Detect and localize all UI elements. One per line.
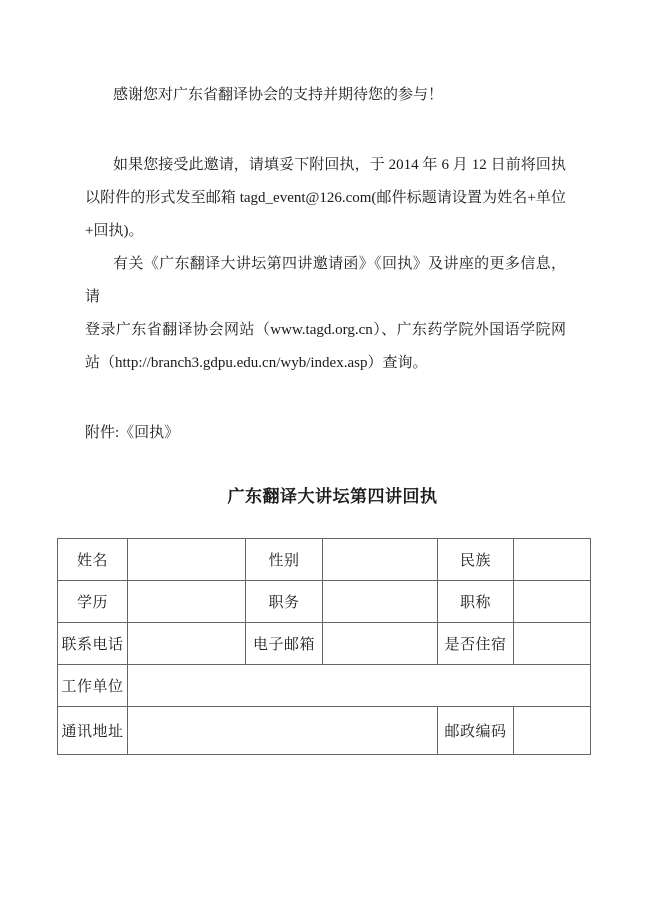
field-label-professional-title: 职称	[438, 581, 514, 623]
table-row-5: 通讯地址 邮政编码	[58, 707, 591, 755]
info-line-3: 站（http://branch3.gdpu.edu.cn/wyb/index.a…	[85, 347, 566, 380]
field-value-email[interactable]	[323, 623, 438, 665]
body-text-block: 感谢您对广东省翻译协会的支持并期待您的参与！ 如果您接受此邀请，请填妥下附回执，…	[57, 79, 590, 450]
paragraph-thanks: 感谢您对广东省翻译协会的支持并期待您的参与！	[85, 79, 566, 112]
field-value-position[interactable]	[323, 581, 438, 623]
field-value-phone[interactable]	[128, 623, 246, 665]
field-label-email: 电子邮箱	[246, 623, 323, 665]
field-label-work-unit: 工作单位	[58, 665, 128, 707]
field-value-gender[interactable]	[323, 539, 438, 581]
field-label-phone: 联系电话	[58, 623, 128, 665]
field-label-education: 学历	[58, 581, 128, 623]
table-row-3: 联系电话 电子邮箱 是否住宿	[58, 623, 591, 665]
info-line-1: 有关《广东翻译大讲坛第四讲邀请函》《回执》及讲座的更多信息，请	[85, 248, 566, 314]
field-value-lodging[interactable]	[514, 623, 591, 665]
field-value-name[interactable]	[128, 539, 246, 581]
field-value-postal-code[interactable]	[514, 707, 591, 755]
table-row-2: 学历 职务 职称	[58, 581, 591, 623]
field-label-lodging: 是否住宿	[438, 623, 514, 665]
field-value-ethnicity[interactable]	[514, 539, 591, 581]
reply-line-2: 以附件的形式发至邮箱 tagd_event@126.com(邮件标题请设置为姓名…	[85, 182, 566, 215]
paragraph-more-info: 有关《广东翻译大讲坛第四讲邀请函》《回执》及讲座的更多信息，请 登录广东省翻译协…	[85, 248, 566, 380]
field-value-work-unit[interactable]	[128, 665, 591, 707]
attachment-note: 附件:《回执》	[85, 417, 566, 450]
paragraph-reply-instructions: 如果您接受此邀请，请填妥下附回执，于 2014 年 6 月 12 日前将回执 以…	[85, 149, 566, 248]
field-value-education[interactable]	[128, 581, 246, 623]
field-label-position: 职务	[246, 581, 323, 623]
table-row-4: 工作单位	[58, 665, 591, 707]
reply-form-table: 姓名 性别 民族 学历 职务 职称 联系电话	[57, 538, 591, 755]
page-content: 感谢您对广东省翻译协会的支持并期待您的参与！ 如果您接受此邀请，请填妥下附回执，…	[57, 0, 590, 755]
reply-line-1: 如果您接受此邀请，请填妥下附回执，于 2014 年 6 月 12 日前将回执	[85, 149, 566, 182]
field-label-gender: 性别	[246, 539, 323, 581]
form-title: 广东翻译大讲坛第四讲回执	[66, 480, 599, 513]
field-label-address: 通讯地址	[58, 707, 128, 755]
reply-line-3: +回执)。	[85, 215, 566, 248]
info-line-2: 登录广东省翻译协会网站（www.tagd.org.cn）、广东药学院外国语学院网	[85, 314, 566, 347]
field-label-name: 姓名	[58, 539, 128, 581]
field-label-ethnicity: 民族	[438, 539, 514, 581]
field-label-postal-code: 邮政编码	[438, 707, 514, 755]
table-row-1: 姓名 性别 民族	[58, 539, 591, 581]
field-value-address[interactable]	[128, 707, 438, 755]
document-page: 感谢您对广东省翻译协会的支持并期待您的参与！ 如果您接受此邀请，请填妥下附回执，…	[0, 0, 650, 919]
field-value-professional-title[interactable]	[514, 581, 591, 623]
